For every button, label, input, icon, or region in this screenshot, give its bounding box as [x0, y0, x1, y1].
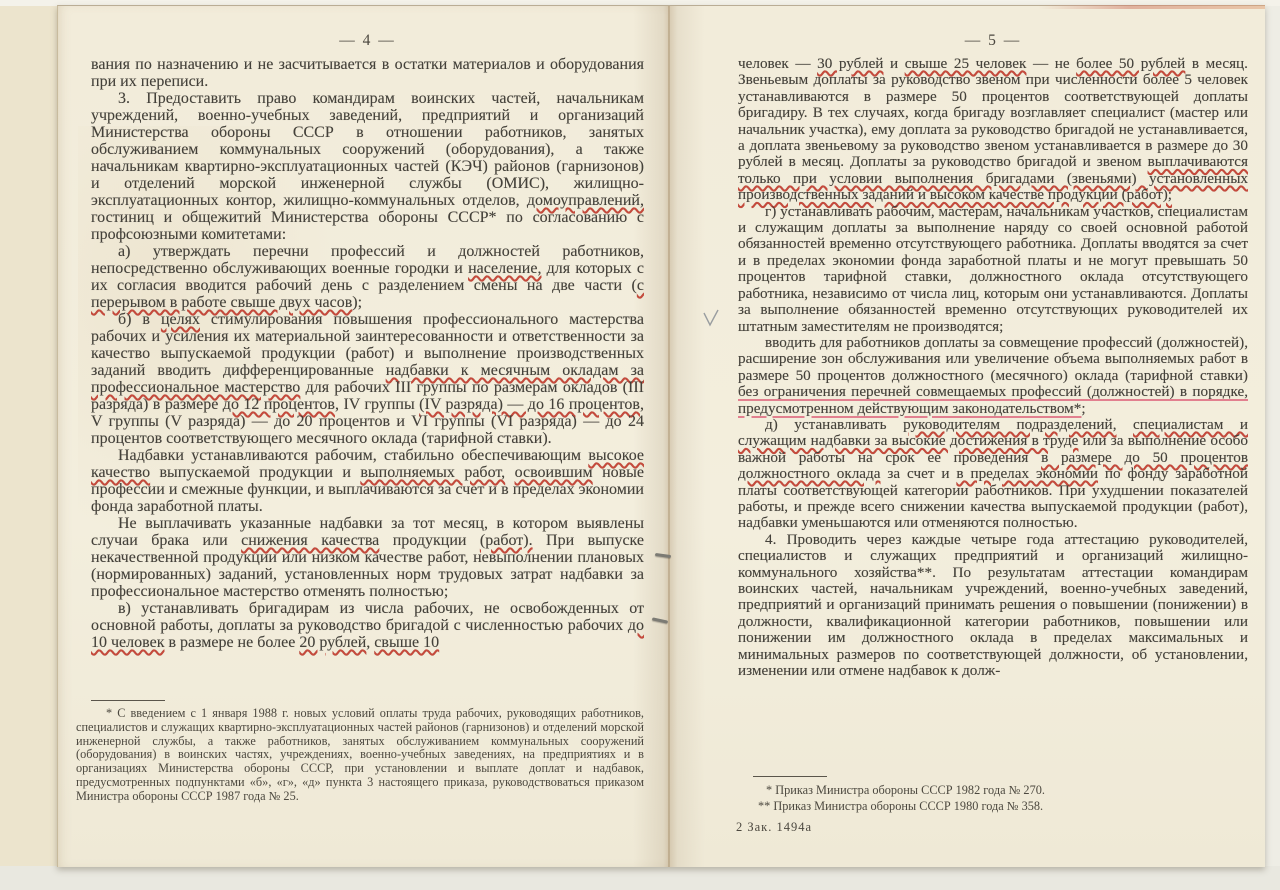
- scanner-background-bottom: [0, 866, 1280, 890]
- underlined-text: снижения качества: [241, 532, 379, 549]
- paragraph: Не выплачивать указанные надбавки за тот…: [91, 515, 644, 600]
- underlined-text: население,: [468, 260, 541, 277]
- underlined-text: выполняемых работ,: [360, 464, 505, 481]
- text-segment: [1117, 416, 1134, 433]
- paragraph: д) устанавливать руководителям подраздел…: [738, 417, 1248, 532]
- underlined-text: более 50 рублей: [1076, 56, 1185, 72]
- paragraph: в) устанавливать бригадирам из числа раб…: [91, 600, 644, 651]
- paragraph: вания по назначению и не засчитывается в…: [91, 56, 644, 90]
- paragraph: 4. Проводить через каждые четыре года ат…: [738, 532, 1248, 680]
- text-segment: человек —: [738, 56, 817, 72]
- text-segment: б) в: [118, 311, 161, 328]
- page-4-footnote-text: * С введением с 1 января 1988 г. новых у…: [76, 707, 644, 804]
- text-segment: и: [883, 56, 904, 72]
- text-segment: ;: [1081, 400, 1085, 417]
- underlined-text: руководителям подразделений,: [903, 416, 1116, 433]
- text-segment: 4. Проводить через каждые четыре года ат…: [738, 531, 1248, 679]
- text-segment: вания по назначению и не засчитывается в…: [91, 56, 644, 90]
- text-segment: за счет и: [881, 465, 957, 482]
- text-segment: Надбавки устанавливаются рабочим, стабил…: [118, 447, 588, 464]
- underlined-text: свыше 25 человек: [905, 56, 1027, 72]
- underlined-text: 20 рублей: [299, 634, 366, 651]
- paragraph: Надбавки устанавливаются рабочим, стабил…: [91, 447, 644, 515]
- print-order-code: 2 Зак. 1494а: [736, 820, 812, 835]
- text-segment: — не: [1026, 56, 1076, 72]
- text-segment: , IV группы: [335, 396, 419, 413]
- scanned-booklet-spread: — 4 — вания по назначению и не засчитыва…: [57, 5, 1265, 867]
- paragraph: а) утверждать перечни профессий и должно…: [91, 243, 644, 311]
- underlined-text: целях: [161, 311, 200, 328]
- text-segment: продукции: [379, 532, 480, 549]
- paragraph: вводить для работников доплаты за совмещ…: [738, 335, 1248, 417]
- footnote-line: * Приказ Министра обороны СССР 1982 года…: [738, 783, 1248, 799]
- text-segment: д) устанавливать: [765, 416, 903, 433]
- paragraph: г) устанавливать рабочим, мастерам, нача…: [738, 204, 1248, 335]
- paragraph: * С введением с 1 января 1988 г. новых у…: [76, 707, 644, 804]
- page-5-number: — 5 —: [738, 32, 1248, 50]
- text-segment: вводить для работников доплаты за совмещ…: [738, 334, 1248, 384]
- text-segment: гостиниц и общежитий Министерства оборон…: [91, 209, 644, 243]
- page-5-footnote-block: * Приказ Министра обороны СССР 1982 года…: [738, 776, 1248, 814]
- page-4-number: — 4 —: [91, 32, 644, 50]
- footnote-rule: [753, 776, 827, 777]
- underlined-text: освоившим: [515, 464, 593, 481]
- text-segment: г) устанавливать рабочим, мастерам, нача…: [738, 203, 1248, 335]
- page-5-text-column: человек — 30 рублей и свыше 25 человек —…: [738, 56, 1248, 774]
- page-4-text-column: вания по назначению и не засчитывается в…: [91, 56, 644, 696]
- text-segment: в размере не более: [164, 634, 299, 651]
- footnote-line: ** Приказ Министра обороны СССР 1980 год…: [738, 799, 1248, 815]
- page-4: — 4 — вания по назначению и не засчитыва…: [58, 6, 669, 867]
- page-5: — 5 — человек — 30 рублей и свыше 25 чел…: [669, 6, 1265, 867]
- text-segment: );: [352, 294, 362, 311]
- underlined-text: без ограничения перечней совмещаемых про…: [738, 383, 1248, 416]
- text-segment: в) устанавливать бригадирам из числа раб…: [91, 600, 644, 634]
- paragraph: 3. Предоставить право командирам воински…: [91, 90, 644, 243]
- underlined-text: в пределах экономии: [956, 465, 1098, 482]
- footnote-rule: [91, 700, 165, 701]
- paragraph: человек — 30 рублей и свыше 25 человек —…: [738, 56, 1248, 204]
- underlined-text: до 12 процентов: [223, 396, 335, 413]
- text-segment: [505, 464, 514, 481]
- page-4-footnote-block: * С введением с 1 января 1988 г. новых у…: [76, 700, 644, 804]
- text-segment: * С введением с 1 января 1988 г. новых у…: [76, 706, 644, 803]
- underlined-text: (работ).: [480, 532, 533, 549]
- underlined-text: домоуправлений,: [527, 192, 644, 209]
- underlined-text: (IV разряда) — до 16 процентов: [419, 396, 640, 413]
- underlined-text: свыше 10: [374, 634, 439, 651]
- paragraph: б) в целях стимулирования повышения проф…: [91, 311, 644, 447]
- underlined-text: 30 рублей: [817, 56, 883, 72]
- text-segment: выпускаемой продукции и: [150, 464, 360, 481]
